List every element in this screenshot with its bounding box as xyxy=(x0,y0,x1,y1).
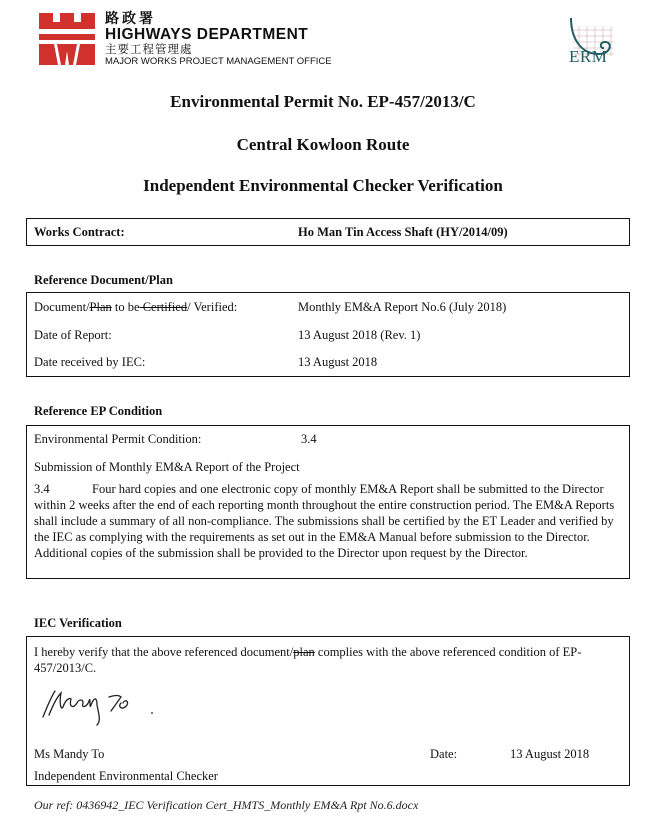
document-label: Document/Plan to be Certified/ Verified: xyxy=(34,300,237,315)
iec-verification-heading: IEC Verification xyxy=(34,616,122,631)
ep-condition-clause: 3.4Four hard copies and one electronic c… xyxy=(34,481,626,561)
verifier-role: Independent Environmental Checker xyxy=(34,769,218,784)
iec-verification-box: I hereby verify that the above reference… xyxy=(26,636,630,786)
permit-title: Environmental Permit No. EP-457/2013/C xyxy=(0,92,646,112)
verification-date-label: Date: xyxy=(430,747,457,762)
works-contract-label: Works Contract: xyxy=(34,225,125,240)
erm-logo-text: ERM xyxy=(569,47,607,67)
highways-department-logo-icon xyxy=(39,13,95,65)
works-contract-value: Ho Man Tin Access Shaft (HY/2014/09) xyxy=(298,225,508,240)
office-name: MAJOR WORKS PROJECT MANAGEMENT OFFICE xyxy=(105,57,332,68)
document-reference: Our ref: 0436942_IEC Verification Cert_H… xyxy=(34,798,418,813)
header-organisation: 路政署 HIGHWAYS DEPARTMENT 主要工程管理處 MAJOR WO… xyxy=(105,10,332,68)
clause-text: Four hard copies and one electronic copy… xyxy=(34,482,614,560)
reference-document-box: Document/Plan to be Certified/ Verified:… xyxy=(26,292,630,377)
signature-icon xyxy=(39,685,169,727)
works-contract-box: Works Contract: Ho Man Tin Access Shaft … xyxy=(26,218,630,246)
clause-number: 3.4 xyxy=(34,481,92,497)
reference-ep-heading: Reference EP Condition xyxy=(34,404,162,419)
ep-condition-label: Environmental Permit Condition: xyxy=(34,432,201,447)
org-chinese-name: 路政署 xyxy=(105,10,332,26)
verification-statement: I hereby verify that the above reference… xyxy=(34,644,624,676)
date-received-value: 13 August 2018 xyxy=(298,355,377,370)
verification-date-value: 13 August 2018 xyxy=(510,747,589,762)
project-title: Central Kowloon Route xyxy=(0,135,646,155)
document-value: Monthly EM&A Report No.6 (July 2018) xyxy=(298,300,506,315)
date-of-report-value: 13 August 2018 (Rev. 1) xyxy=(298,328,420,343)
reference-document-heading: Reference Document/Plan xyxy=(34,273,173,288)
ep-condition-subject: Submission of Monthly EM&A Report of the… xyxy=(34,460,300,475)
ep-condition-value: 3.4 xyxy=(301,432,317,447)
date-of-report-label: Date of Report: xyxy=(34,328,112,343)
document-title: Independent Environmental Checker Verifi… xyxy=(0,176,646,196)
org-name: HIGHWAYS DEPARTMENT xyxy=(105,26,332,44)
reference-ep-box: Environmental Permit Condition: 3.4 Subm… xyxy=(26,425,630,579)
verifier-name: Ms Mandy To xyxy=(34,747,104,762)
date-received-label: Date received by IEC: xyxy=(34,355,145,370)
